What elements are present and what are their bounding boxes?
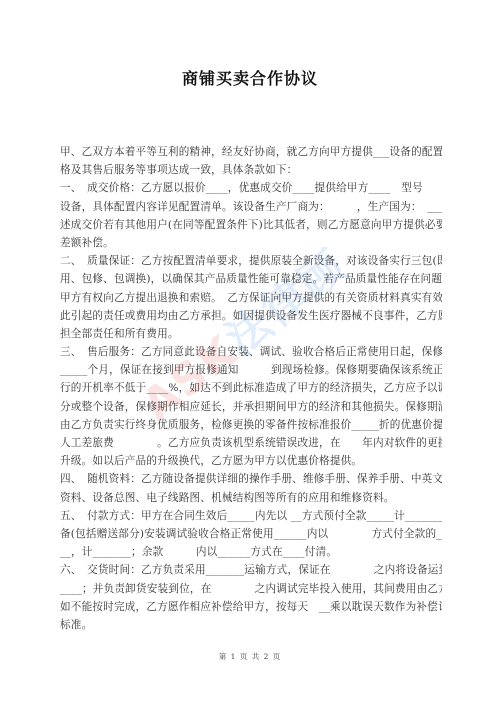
clause-2-line: 担全部责任和所有费用。: [60, 325, 442, 343]
body-line: 甲、乙双方本着平等互利的精神，经友好协商，就乙方向甲方提供___设备的配置、价: [60, 143, 442, 161]
clause-1-line: 述成交价若有其他用户(在同等配置条件下)比其低者，则乙方愿意向甲方提供必要的: [60, 216, 442, 234]
clause-5-line: __，计_______；余款 内以______方式在____付清。: [60, 543, 442, 561]
clause-3-line: 升级。如以后产品的升级换代，乙方愿为甲方以优惠价格提供。: [60, 452, 442, 470]
clause-3-line: _____个月，保证在接到甲方报修通知 到现场检修。保修期要确保该系统正常运: [60, 361, 442, 379]
clause-3-line: 行的开机率不低于____%，如达不到此标准造成了甲方的经济损失，乙方应予以调换部: [60, 379, 442, 397]
clause-3-line: 三、 售后服务：乙方同意此设备自安装、调试、验收合格后正常使用日起，保修期为: [60, 343, 442, 361]
clause-3-line: 分或整个设备，保修期作相应延长，并承担期间甲方的经济和其他损失。保修期满后，: [60, 398, 442, 416]
clause-6-line: 六、 交货时间：乙方负责采用_______运输方式，保证在 之内将设备运到__: [60, 561, 442, 579]
clause-2-line: 甲方有权向乙方提出退换和索赔。 乙方保证向甲方提供的有关资质材料真实有效，由: [60, 289, 442, 307]
clause-3-line: 人工差旅费 。乙方应负责该机型系统错误改进，在 年内对软件的更换或: [60, 434, 442, 452]
document-body: 甲、乙双方本着平等互利的精神，经友好协商，就乙方向甲方提供___设备的配置、价 …: [60, 143, 442, 634]
clause-4-line: 四、 随机资料：乙方随设备提供详细的操作手册、维修手册、保养手册、中英文原版: [60, 470, 442, 488]
clause-5-line: 五、 付款方式：甲方在合同生效后_____内先以 __方式预付全款_____计_…: [60, 507, 442, 525]
body-line: 格及其售后服务等事项达成一致，具体条款如下：: [60, 161, 442, 179]
clause-1-line: 差额补偿。: [60, 234, 442, 252]
document-title: 商铺买卖合作协议: [0, 66, 500, 89]
clause-1-line: 设备，具体配置内容详见配置清单。该设备生产厂商为： ，生产国为： ___。上: [60, 198, 442, 216]
page-number: 第 1 页 共 2 页: [0, 651, 500, 662]
clause-6-line: 标准。: [60, 616, 442, 634]
clause-5-line: 备(包括赠送部分)安装调试验收合格正常使用______内以 方式付全款的____: [60, 525, 442, 543]
clause-1-line: 一、 成交价格：乙方愿以报价____，优惠成交价____提供给甲方____ 型号: [60, 179, 442, 197]
clause-3-line: 由乙方负责实行终身优质服务，检修更换的零备件按标准报价_____折的优惠价提供，: [60, 416, 442, 434]
clause-6-line: 如不能按时完成，乙方愿作相应补偿给甲方，按每天 __乘以耽误天数作为补偿计算: [60, 598, 442, 616]
clause-2-line: 二、 质量保证：乙方按配置清单要求，提供原装全新设备，对该设备实行三包(即包: [60, 252, 442, 270]
clause-6-line: ____；并负责卸货安装到位，在 之内调试完毕投入使用，其间费用由乙方承担。: [60, 580, 442, 598]
clause-2-line: 用、包修、包调换)，以确保其产品质量性能可靠稳定。若产品质量性能存在问题，则: [60, 270, 442, 288]
clause-2-line: 此引起的责任或费用均由乙方承担。如因提供设备发生医疗器械不良事件，乙方愿承: [60, 307, 442, 325]
clause-4-line: 资料、设备总图、电子线路图、机械结构图等所有的应用和维修资料。: [60, 489, 442, 507]
